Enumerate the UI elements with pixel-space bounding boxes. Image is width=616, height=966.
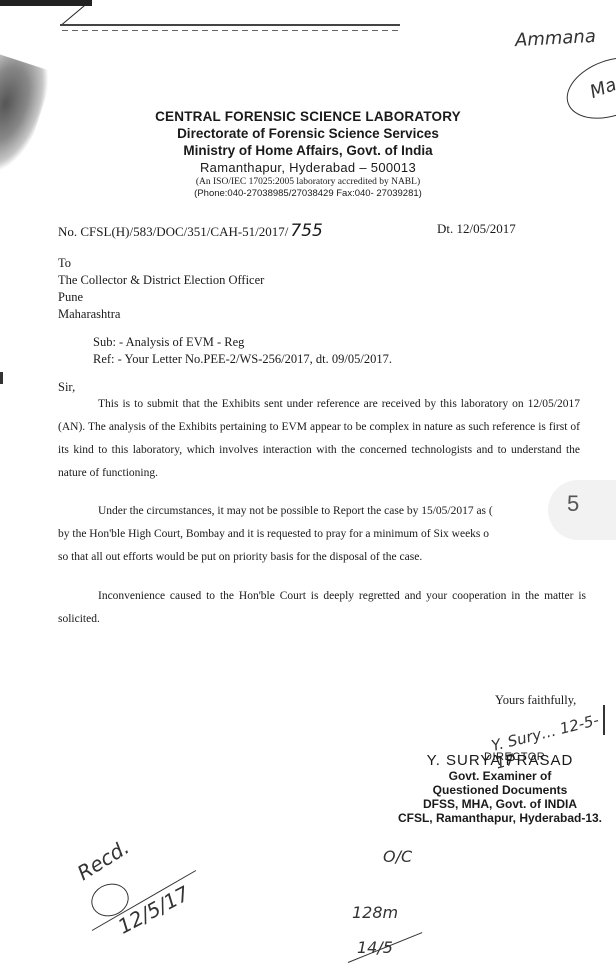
letter-date: Dt. 12/05/2017: [437, 221, 516, 237]
stamp-line-3: DFSS, MHA, Govt. of INDIA: [380, 797, 616, 811]
directorate-name: Directorate of Forensic Science Services: [0, 125, 616, 142]
ministry-name: Ministry of Home Affairs, Govt. of India: [0, 142, 616, 159]
page-number: 5: [567, 491, 579, 517]
stamp-line-4: CFSL, Ramanthapur, Hyderabad-13.: [380, 811, 616, 825]
stamp-line-1: Govt. Examiner of: [380, 769, 616, 783]
org-address: Ramanthapur, Hyderabad – 500013: [0, 159, 616, 176]
reference-number-text: No. CFSL(H)/583/DOC/351/CAH-51/2017/: [58, 224, 288, 239]
scan-top-dotted-line: [62, 30, 402, 31]
stamp-line-2: Questioned Documents: [380, 783, 616, 797]
body-paragraph-2: Under the circumstances, it may not be p…: [58, 500, 568, 569]
accreditation-line: (An ISO/IEC 17025:2005 laboratory accred…: [0, 176, 616, 188]
body-paragraph-2-line-2: by the Hon'ble High Court, Bombay and it…: [58, 523, 568, 546]
handwritten-note-top: Ammana: [515, 26, 597, 51]
stamp-name: Y. SURYA PRASAD: [380, 752, 616, 769]
valediction: Yours faithfully,: [495, 693, 576, 708]
reference-line: Ref: - Your Letter No.PEE-2/WS-256/2017,…: [93, 351, 392, 368]
handwritten-received-note: Recd.: [73, 835, 133, 885]
body-paragraph-3-text: Inconvenience caused to the Hon'ble Cour…: [58, 590, 586, 625]
official-stamp: Y. SURYA PRASAD Govt. Examiner of Questi…: [380, 752, 616, 825]
recipient-to: To: [58, 255, 264, 272]
page-number-indicator[interactable]: [548, 480, 616, 540]
body-paragraph-1: This is to submit that the Exhibits sent…: [58, 393, 580, 485]
handwritten-reference-suffix: 755: [290, 221, 322, 241]
body-paragraph-2-line-3: so that all out efforts would be put on …: [58, 546, 568, 569]
signature-stroke: [603, 705, 605, 735]
handwritten-initials-2: 14/5: [357, 938, 393, 957]
scan-edge-artifact: [0, 0, 92, 6]
recipient-title: The Collector & District Election Office…: [58, 272, 264, 289]
recipient-city: Pune: [58, 289, 264, 306]
letterhead: CENTRAL FORENSIC SCIENCE LABORATORY Dire…: [0, 108, 616, 200]
handwritten-initials-1: 128m: [352, 903, 398, 922]
body-paragraph-2-line-1: Under the circumstances, it may not be p…: [98, 505, 493, 517]
scan-top-line: [60, 24, 400, 26]
reference-number: No. CFSL(H)/583/DOC/351/CAH-51/2017/755: [58, 221, 323, 241]
recipient-state: Maharashtra: [58, 306, 264, 323]
handwritten-oc-note: O/C: [383, 847, 412, 866]
org-name: CENTRAL FORENSIC SCIENCE LABORATORY: [0, 108, 616, 125]
recipient-address: To The Collector & District Election Off…: [58, 255, 264, 323]
body-paragraph-1-text: This is to submit that the Exhibits sent…: [58, 398, 580, 479]
contact-line: (Phone:040-27038985/27038429 Fax:040- 27…: [0, 188, 616, 200]
scan-edge-mark: [0, 372, 3, 384]
body-paragraph-3: Inconvenience caused to the Hon'ble Cour…: [58, 585, 586, 631]
subject-line: Sub: - Analysis of EVM - Reg: [93, 334, 392, 351]
subject-block: Sub: - Analysis of EVM - Reg Ref: - Your…: [93, 334, 392, 368]
